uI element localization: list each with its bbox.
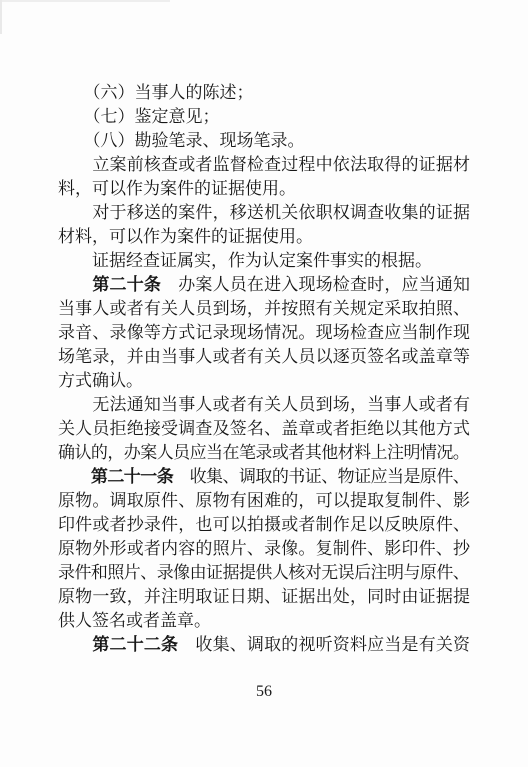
scan-artifact-left bbox=[0, 0, 2, 34]
article-number: 第二十一条 bbox=[91, 467, 173, 486]
text-line: 立案前核查或者监督检查过程中依法取得的证据材 bbox=[58, 153, 470, 177]
text-line: （八）勘验笔录、现场笔录。 bbox=[58, 129, 470, 153]
text-line: 录件和照片、录像由证据提供人核对无误后注明与原件、 bbox=[58, 561, 470, 585]
text-line: 材料，可以作为案件的证据使用。 bbox=[58, 225, 470, 249]
text-line: 关人员拒绝接受调查及签名、盖章或者拒绝以其他方式 bbox=[58, 417, 470, 441]
text-line: 对于移送的案件，移送机关依职权调查收集的证据 bbox=[58, 201, 470, 225]
text-line: 第二十二条 收集、调取的视听资料应当是有关资 bbox=[58, 633, 470, 657]
text-line: 第二十条 办案人员在进入现场检查时，应当通知 bbox=[58, 273, 470, 297]
text-line: 料，可以作为案件的证据使用。 bbox=[58, 177, 470, 201]
scan-artifact-top bbox=[0, 0, 170, 2]
article-number: 第二十条 bbox=[92, 275, 161, 294]
text-line: 方式确认。 bbox=[58, 369, 470, 393]
text-line: 供人签名或者盖章。 bbox=[58, 609, 470, 633]
text-line: 原物。调取原件、原物有困难的，可以提取复制件、影 bbox=[58, 489, 470, 513]
text-line: 原物外形或者内容的照片、录像。复制件、影印件、抄 bbox=[58, 537, 470, 561]
text-line: 无法通知当事人或者有关人员到场，当事人或者有 bbox=[58, 393, 470, 417]
document-page: （六）当事人的陈述； （七）鉴定意见； （八）勘验笔录、现场笔录。 立案前核查或… bbox=[0, 0, 528, 767]
article-number: 第二十二条 bbox=[92, 635, 178, 654]
text-line: 当事人或者有关人员到场，并按照有关规定采取拍照、 bbox=[58, 297, 470, 321]
text-line: 场笔录，并由当事人或者有关人员以逐页签名或盖章等 bbox=[58, 345, 470, 369]
text-line: 印件或者抄录件，也可以拍摄或者制作足以反映原件、 bbox=[58, 513, 470, 537]
text-line: 第二十一条 收集、调取的书证、物证应当是原件、 bbox=[58, 465, 470, 489]
page-number: 56 bbox=[0, 682, 528, 702]
text-line: （六）当事人的陈述； bbox=[58, 81, 470, 105]
text-line: （七）鉴定意见； bbox=[58, 105, 470, 129]
text-line: 录音、录像等方式记录现场情况。现场检查应当制作现 bbox=[58, 321, 470, 345]
text-line: 原物一致，并注明取证日期、证据出处，同时由证据提 bbox=[58, 585, 470, 609]
text-line: 确认的，办案人员应当在笔录或者其他材料上注明情况。 bbox=[58, 441, 470, 465]
text-block: （六）当事人的陈述； （七）鉴定意见； （八）勘验笔录、现场笔录。 立案前核查或… bbox=[58, 81, 470, 657]
text-line: 证据经查证属实，作为认定案件事实的根据。 bbox=[58, 249, 470, 273]
